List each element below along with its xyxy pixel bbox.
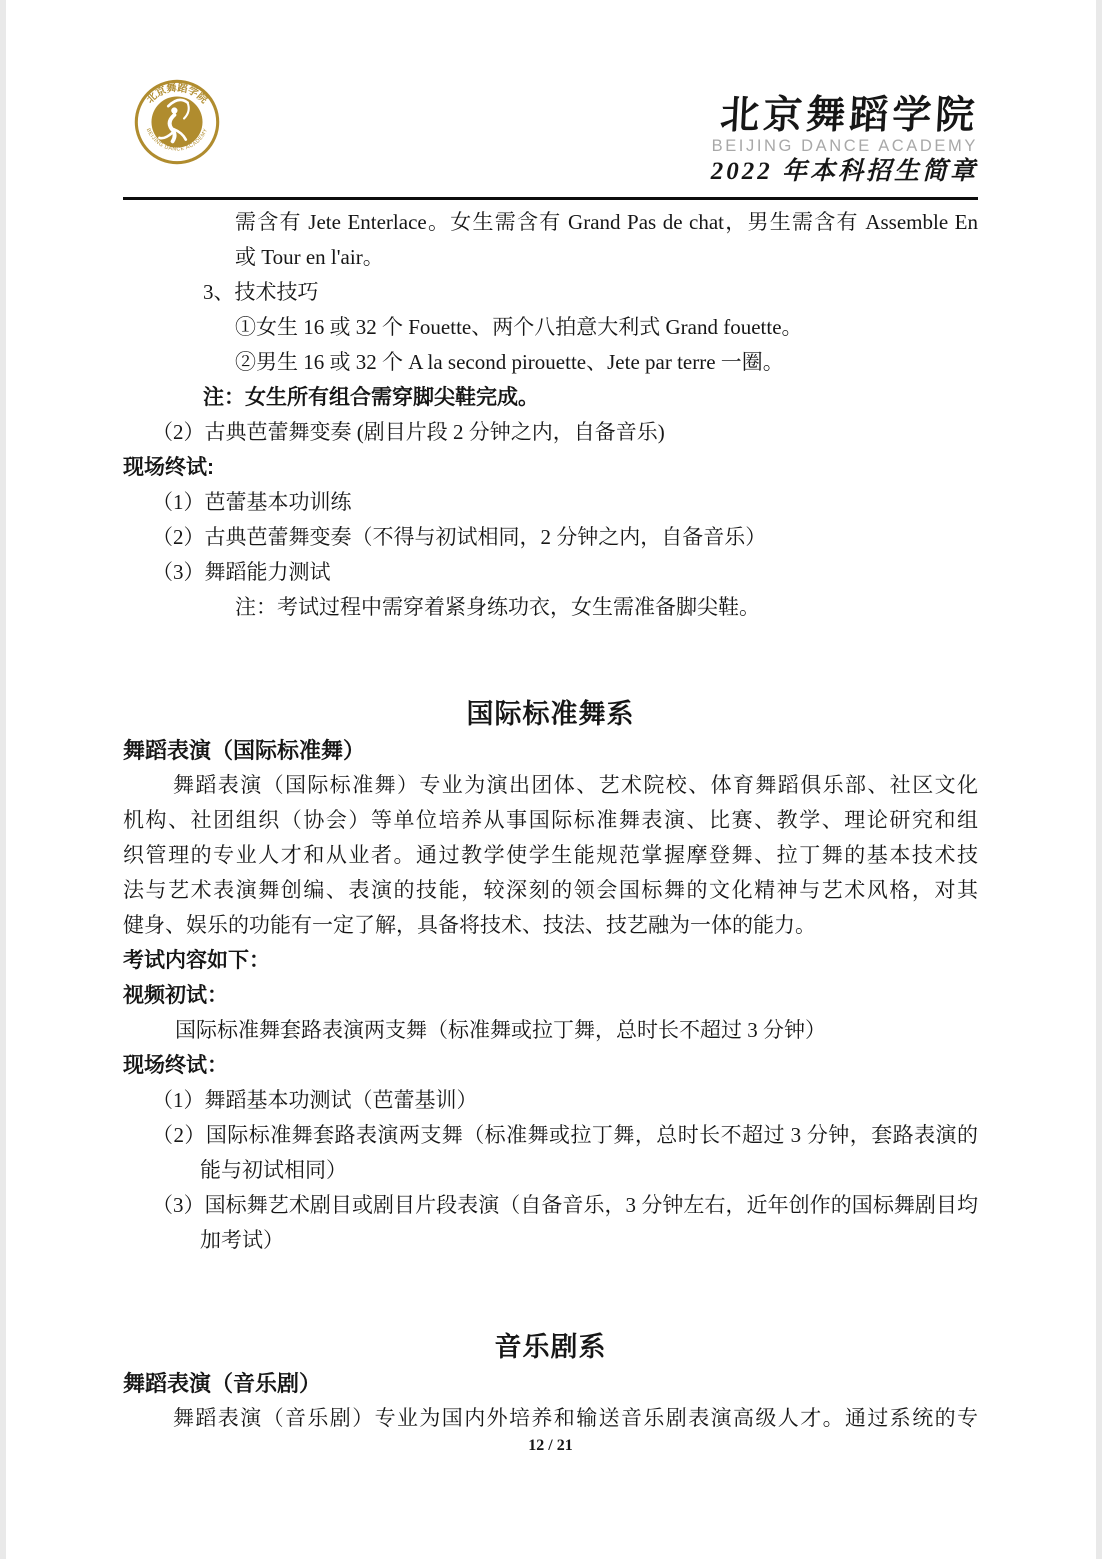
- section-gap: [123, 1258, 978, 1328]
- body-line: ②男生 16 或 32 个 A la second pirouette、Jete…: [123, 345, 978, 380]
- list-item: （3）舞蹈能力测试: [123, 555, 978, 590]
- paragraph-line: 法与艺术表演舞创编、表演的技能，较深刻的领会国标舞的文化精神与艺术风格，对其: [123, 873, 978, 908]
- page-number: 12 / 21: [123, 1436, 978, 1456]
- final-exam-label: 现场终试：: [123, 1048, 978, 1083]
- list-item: （2）古典芭蕾舞变奏 (剧目片段 2 分钟之内，自备音乐): [123, 415, 978, 450]
- list-item: （1）芭蕾基本功训练: [123, 485, 978, 520]
- academy-seal-logo: 北京舞蹈学院 BEIJING DANCE ACADEMY: [133, 78, 221, 166]
- major-subheading-musical: 舞蹈表演（音乐剧）: [123, 1366, 978, 1401]
- body-line: ①女生 16 或 32 个 Fouette、两个八拍意大利式 Grand fou…: [123, 310, 978, 345]
- list-item-continuation: 加考试）: [123, 1223, 978, 1258]
- body-line: 3、技术技巧: [123, 275, 978, 310]
- major-subheading-international: 舞蹈表演（国际标准舞）: [123, 733, 978, 768]
- brand-name-english: BEIJING DANCE ACADEMY: [711, 138, 978, 155]
- note-line: 注：考试过程中需穿着紧身练功衣，女生需准备脚尖鞋。: [123, 590, 978, 625]
- paragraph-line: 健身、娱乐的功能有一定了解，具备将技术、技法、技艺融为一体的能力。: [123, 908, 978, 943]
- body-line: 需含有 Jete Enterlace。女生需含有 Grand Pas de ch…: [123, 205, 978, 240]
- list-item: 国际标准舞套路表演两支舞（标准舞或拉丁舞，总时长不超过 3 分钟）: [123, 1013, 978, 1048]
- seal-inner-disc: [151, 96, 202, 147]
- brand-year-line: 2022 年本科招生简章: [711, 159, 978, 184]
- list-item: （2）古典芭蕾舞变奏（不得与初试相同，2 分钟之内，自备音乐）: [123, 520, 978, 555]
- paragraph-line: 舞蹈表演（国际标准舞）专业为演出团体、艺术院校、体育舞蹈俱乐部、社区文化: [123, 768, 978, 803]
- brand-name-chinese: 北京舞蹈学院: [710, 96, 979, 135]
- list-item-continuation: 能与初试相同）: [123, 1153, 978, 1188]
- paragraph-line: 舞蹈表演（音乐剧）专业为国内外培养和输送音乐剧表演高级人才。通过系统的专: [123, 1401, 978, 1436]
- section-heading-international: 国际标准舞系: [123, 695, 978, 733]
- section-gap: [123, 625, 978, 695]
- final-exam-label: 现场终试:: [123, 450, 978, 485]
- video-preliminary-label: 视频初试：: [123, 978, 978, 1013]
- paragraph-line: 织管理的专业人才和从业者。通过教学使学生能规范掌握摩登舞、拉丁舞的基本技术技: [123, 838, 978, 873]
- header-rule: [123, 197, 978, 200]
- document-content: 需含有 Jete Enterlace。女生需含有 Grand Pas de ch…: [123, 205, 978, 1456]
- note-line: 注：女生所有组合需穿脚尖鞋完成。: [123, 380, 978, 415]
- section-heading-musical: 音乐剧系: [123, 1328, 978, 1366]
- list-item: （3）国标舞艺术剧目或剧目片段表演（自备音乐，3 分钟左右，近年创作的国标舞剧目…: [123, 1188, 978, 1223]
- list-item: （1）舞蹈基本功测试（芭蕾基训）: [123, 1083, 978, 1118]
- header-brand: 北京舞蹈学院 BEIJING DANCE ACADEMY 2022 年本科招生简…: [711, 96, 978, 184]
- exam-content-label: 考试内容如下：: [123, 943, 978, 978]
- paragraph-line: 机构、社团组织（协会）等单位培养从事国际标准舞表演、比赛、教学、理论研究和组: [123, 803, 978, 838]
- body-line: 或 Tour en l'air。: [123, 240, 978, 275]
- list-item: （2）国际标准舞套路表演两支舞（标准舞或拉丁舞，总时长不超过 3 分钟，套路表演…: [123, 1118, 978, 1153]
- document-page: 北京舞蹈学院 BEIJING DANCE ACADEMY 北京舞蹈学院 BEIJ…: [6, 0, 1096, 1559]
